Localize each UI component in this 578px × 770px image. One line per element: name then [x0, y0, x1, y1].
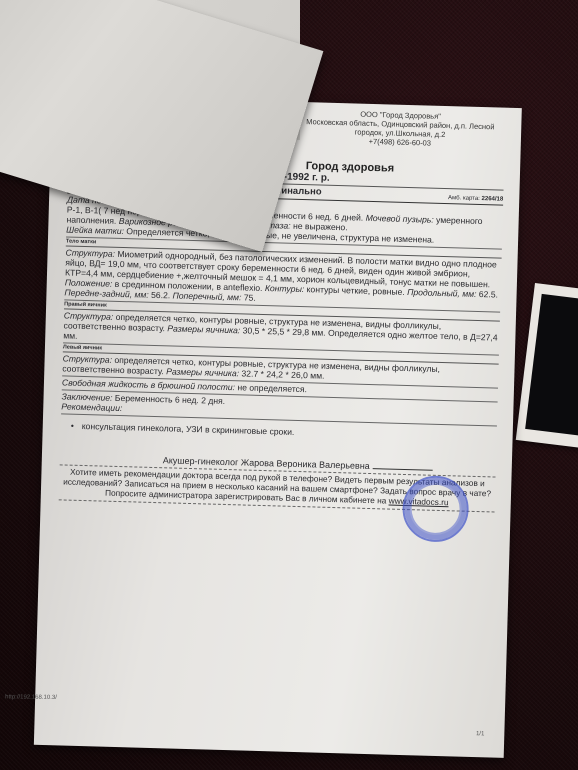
clinic-stamp — [402, 475, 470, 543]
org-contacts: ООО "Город Здоровья" Московская область,… — [295, 108, 506, 150]
signature-line — [373, 468, 433, 471]
card-number: Амб. карта: 2264/18 — [448, 195, 503, 203]
footer-url: http://192.168.10.3/ — [5, 694, 57, 701]
page-number: 1/1 — [476, 731, 485, 737]
